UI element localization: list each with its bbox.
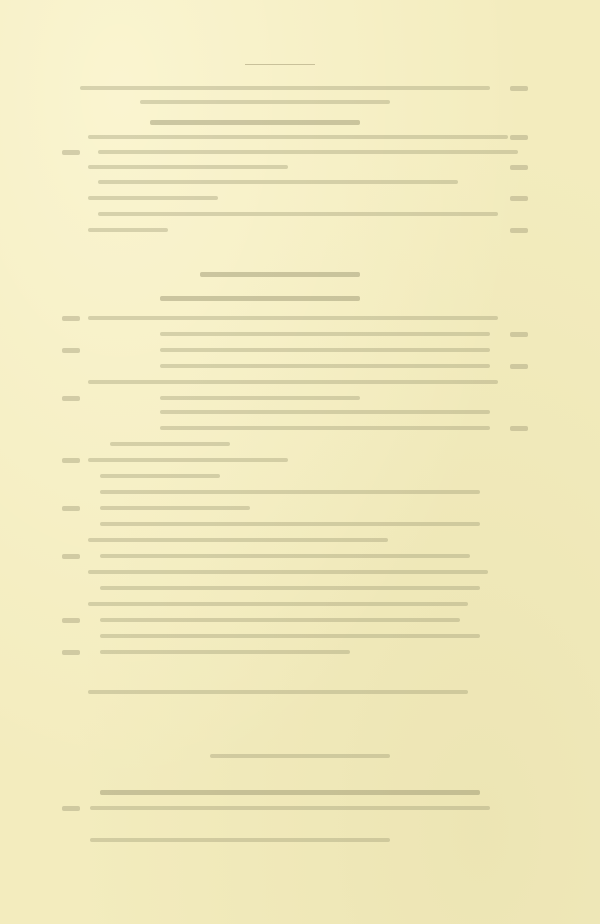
page-number xyxy=(62,618,80,623)
toc-entry xyxy=(88,570,488,574)
page-number xyxy=(62,396,80,401)
toc-entry xyxy=(88,602,468,606)
toc-entry xyxy=(160,396,360,400)
page-number xyxy=(62,650,80,655)
scanned-page xyxy=(0,0,600,924)
page-number xyxy=(510,135,528,140)
page-number xyxy=(62,554,80,559)
toc-entry xyxy=(160,426,490,430)
toc-entry xyxy=(160,410,490,414)
page-number xyxy=(510,86,528,91)
toc-entry xyxy=(88,316,498,320)
toc-entry xyxy=(210,754,390,758)
toc-entry xyxy=(100,618,460,622)
toc-entry xyxy=(98,180,458,184)
toc-heading xyxy=(100,790,480,795)
page-number xyxy=(510,228,528,233)
page-number xyxy=(62,316,80,321)
toc-entry xyxy=(100,506,250,510)
toc-entry xyxy=(100,554,470,558)
page-number xyxy=(62,506,80,511)
toc-heading xyxy=(150,120,360,125)
page-number xyxy=(62,348,80,353)
toc-entry xyxy=(88,538,388,542)
toc-heading xyxy=(160,296,360,301)
toc-entry xyxy=(88,165,288,169)
page-number xyxy=(510,426,528,431)
toc-entry xyxy=(88,196,218,200)
toc-entry xyxy=(100,634,480,638)
page-number xyxy=(510,165,528,170)
toc-entry xyxy=(90,806,490,810)
toc-entry xyxy=(88,458,288,462)
page-number xyxy=(510,332,528,337)
page-number xyxy=(510,196,528,201)
page-number xyxy=(510,364,528,369)
toc-entry xyxy=(160,364,490,368)
toc-entry xyxy=(100,490,480,494)
page-number xyxy=(62,458,80,463)
toc-entry xyxy=(80,86,490,90)
toc-entry xyxy=(140,100,390,104)
toc-entry xyxy=(110,442,230,446)
header-rule xyxy=(245,64,315,65)
toc-entry xyxy=(160,332,490,336)
toc-entry xyxy=(100,586,480,590)
toc-entry xyxy=(88,690,468,694)
toc-entry xyxy=(98,212,498,216)
toc-entry xyxy=(90,838,390,842)
toc-entry xyxy=(88,228,168,232)
toc-entry xyxy=(100,522,480,526)
toc-entry xyxy=(100,474,220,478)
toc-entry xyxy=(98,150,518,154)
page-number xyxy=(62,806,80,811)
page-number xyxy=(62,150,80,155)
toc-entry xyxy=(88,380,498,384)
toc-heading xyxy=(200,272,360,277)
toc-entry xyxy=(88,135,508,139)
toc-entry xyxy=(100,650,350,654)
toc-entry xyxy=(160,348,490,352)
